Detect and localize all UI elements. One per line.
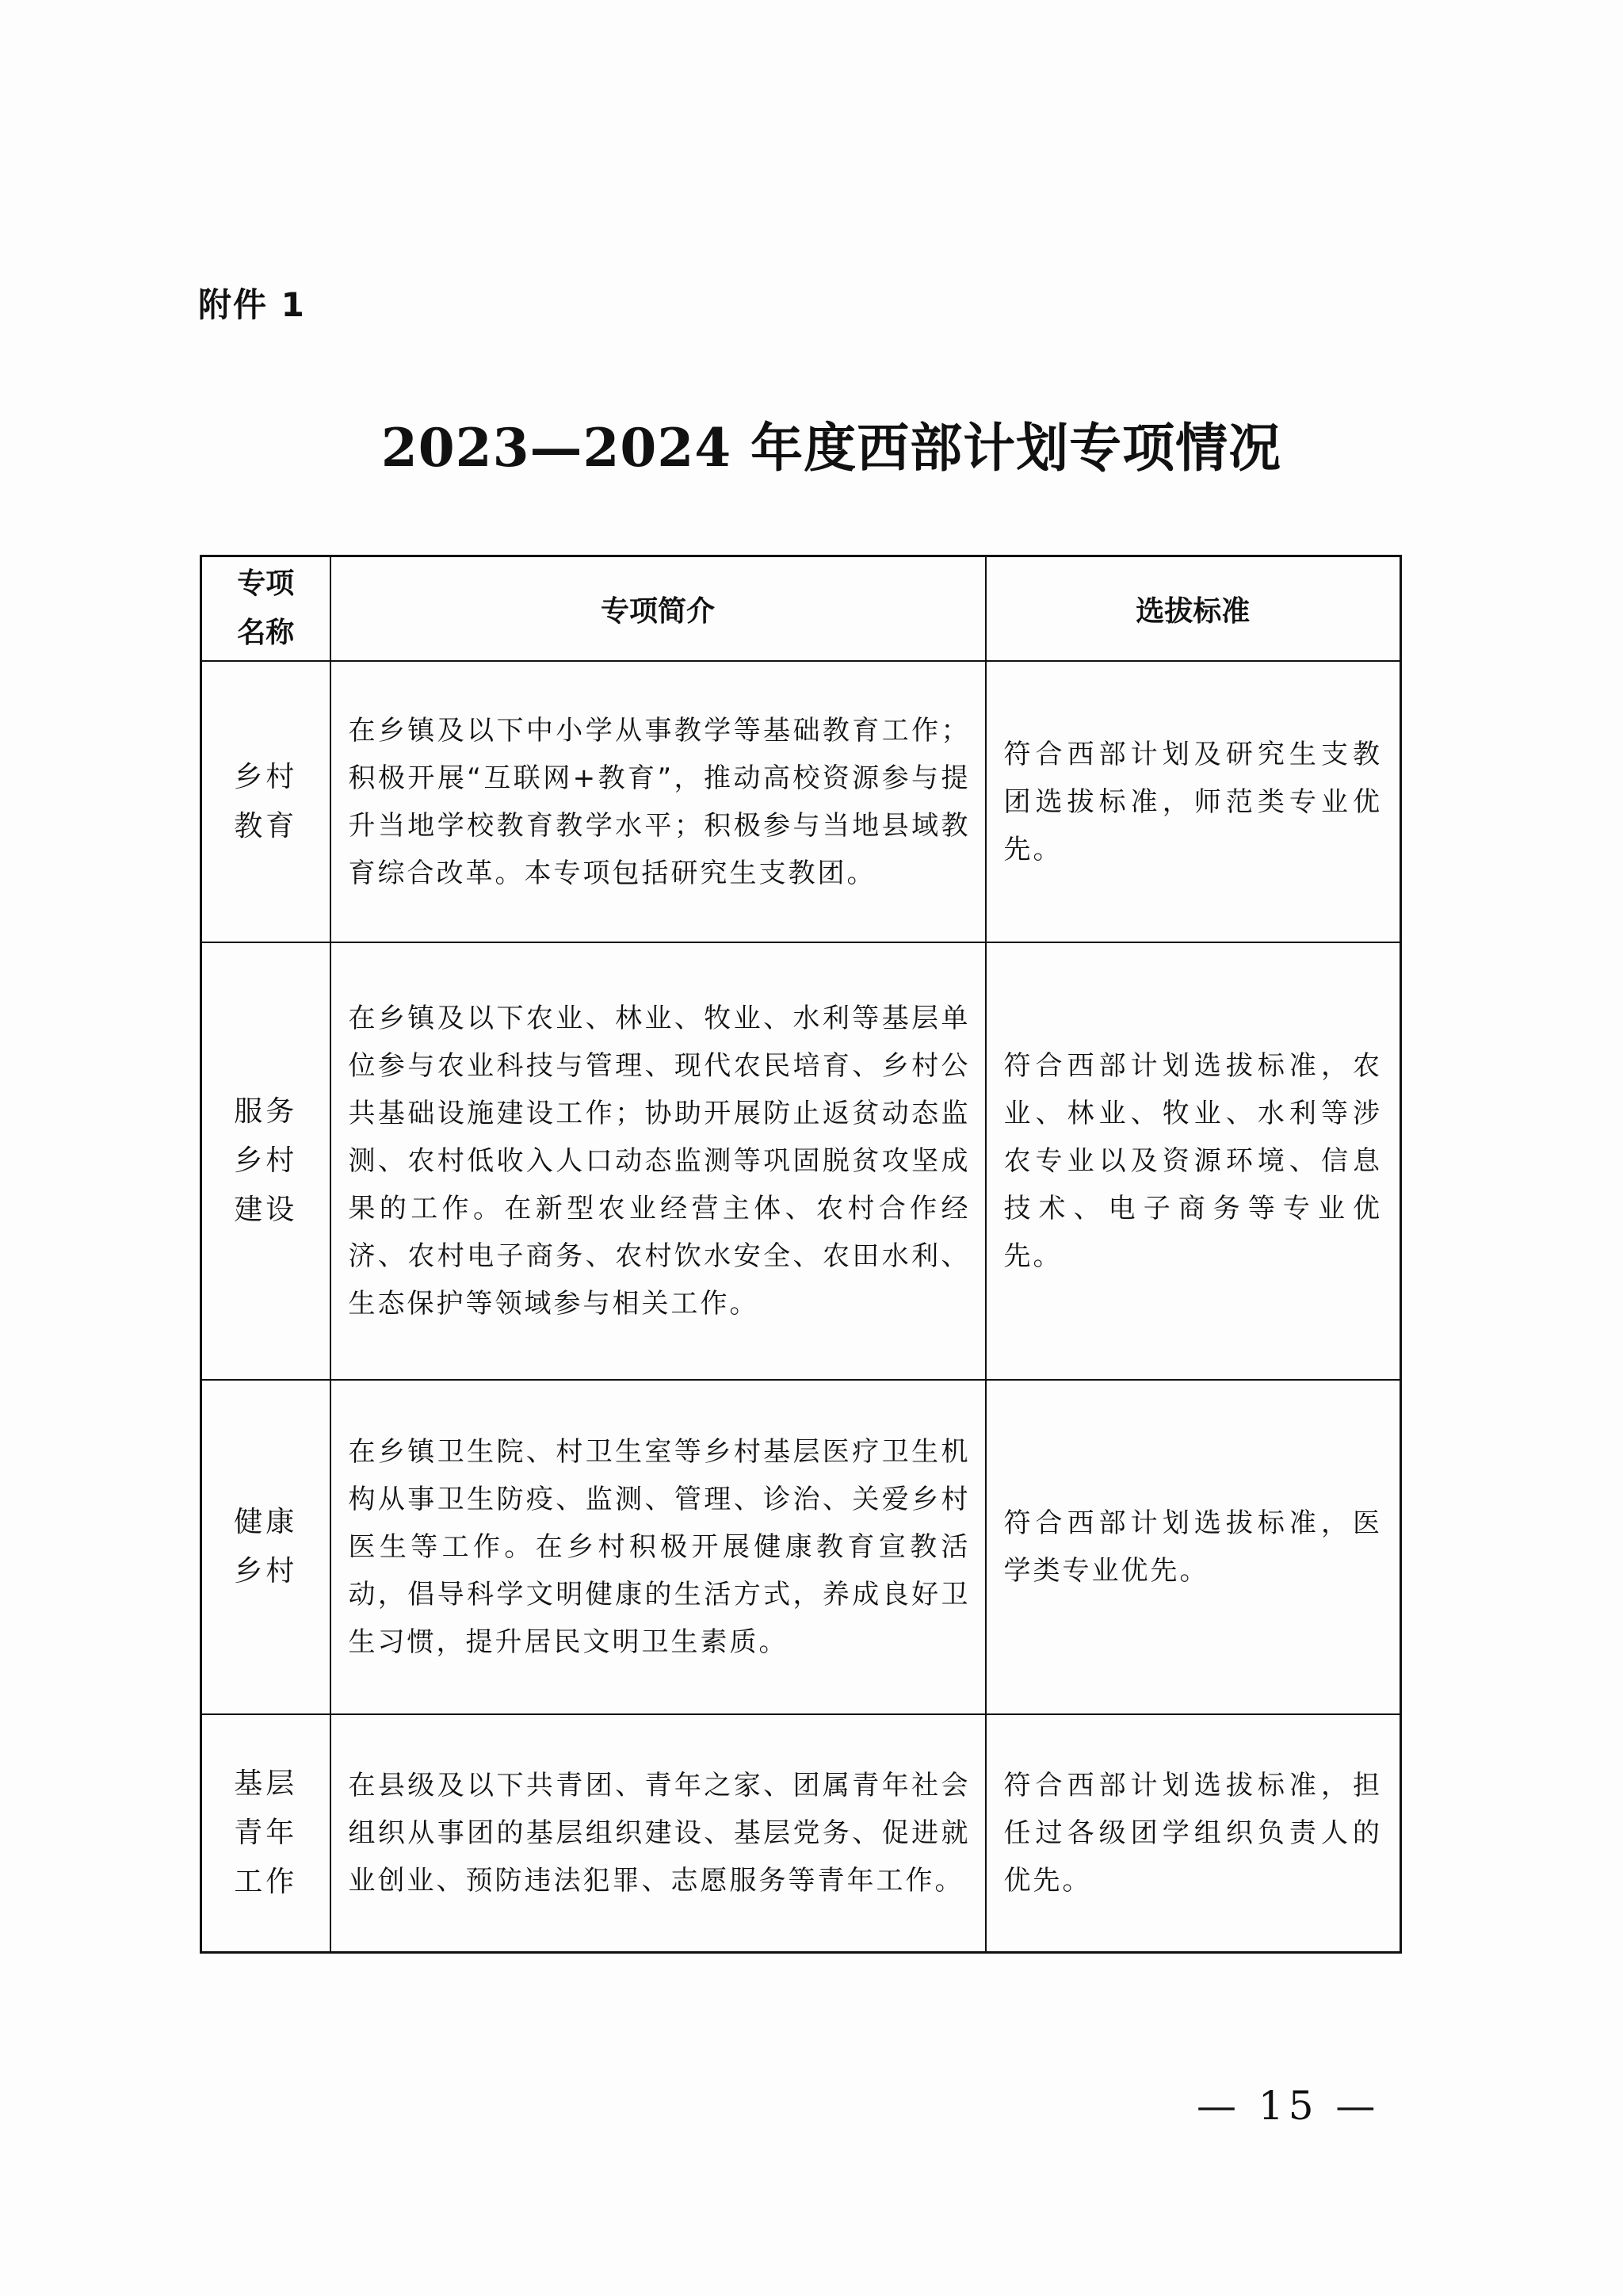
project-name: 健康乡村 [234, 1498, 297, 1596]
header-description: 专项简介 [330, 556, 986, 662]
project-name: 基层青年工作 [234, 1759, 297, 1907]
project-description: 在乡镇及以下中小学从事教学等基础教育工作；积极开展“互联网+教育”，推动高校资源… [330, 661, 986, 942]
header-name: 专项名称 [201, 556, 330, 662]
attachment-label: 附件 1 [198, 279, 306, 327]
project-name-cell: 基层青年工作 [201, 1714, 330, 1953]
page-number: — 15 — [1197, 2083, 1380, 2129]
project-name-cell: 服务乡村建设 [201, 942, 330, 1380]
project-name-cell: 乡村教育 [201, 661, 330, 942]
project-name-cell: 健康乡村 [201, 1380, 330, 1714]
projects-table: 专项名称 专项简介 选拔标准 乡村教育 在乡镇及以下中小学从事教学等基础教育工作… [200, 555, 1402, 1954]
project-criteria: 符合西部计划及研究生支教团选拔标准，师范类专业优先。 [986, 661, 1401, 942]
table-row: 健康乡村 在乡镇卫生院、村卫生室等乡村基层医疗卫生机构从事卫生防疫、监测、管理、… [201, 1380, 1401, 1714]
project-description: 在乡镇卫生院、村卫生室等乡村基层医疗卫生机构从事卫生防疫、监测、管理、诊治、关爱… [330, 1380, 986, 1714]
document-title: 2023—2024 年度西部计划专项情况 [0, 406, 1623, 481]
table-row: 基层青年工作 在县级及以下共青团、青年之家、团属青年社会组织从事团的基层组织建设… [201, 1714, 1401, 1953]
project-description: 在县级及以下共青团、青年之家、团属青年社会组织从事团的基层组织建设、基层党务、促… [330, 1714, 986, 1953]
project-criteria: 符合西部计划选拔标准，医学类专业优先。 [986, 1380, 1401, 1714]
project-criteria: 符合西部计划选拔标准，担任过各级团学组织负责人的优先。 [986, 1714, 1401, 1953]
table-row: 服务乡村建设 在乡镇及以下农业、林业、牧业、水利等基层单位参与农业科技与管理、现… [201, 942, 1401, 1380]
project-criteria: 符合西部计划选拔标准，农业、林业、牧业、水利等涉农专业以及资源环境、信息技术、电… [986, 942, 1401, 1380]
project-description: 在乡镇及以下农业、林业、牧业、水利等基层单位参与农业科技与管理、现代农民培育、乡… [330, 942, 986, 1380]
header-criteria: 选拔标准 [986, 556, 1401, 662]
document-page: 附件 1 2023—2024 年度西部计划专项情况 专项名称 专项简介 选拔标准… [0, 0, 1623, 2296]
table-row: 乡村教育 在乡镇及以下中小学从事教学等基础教育工作；积极开展“互联网+教育”，推… [201, 661, 1401, 942]
table-header-row: 专项名称 专项简介 选拔标准 [201, 556, 1401, 662]
project-name: 服务乡村建设 [234, 1087, 297, 1235]
header-name-text: 专项名称 [234, 560, 297, 658]
project-name: 乡村教育 [234, 753, 297, 851]
